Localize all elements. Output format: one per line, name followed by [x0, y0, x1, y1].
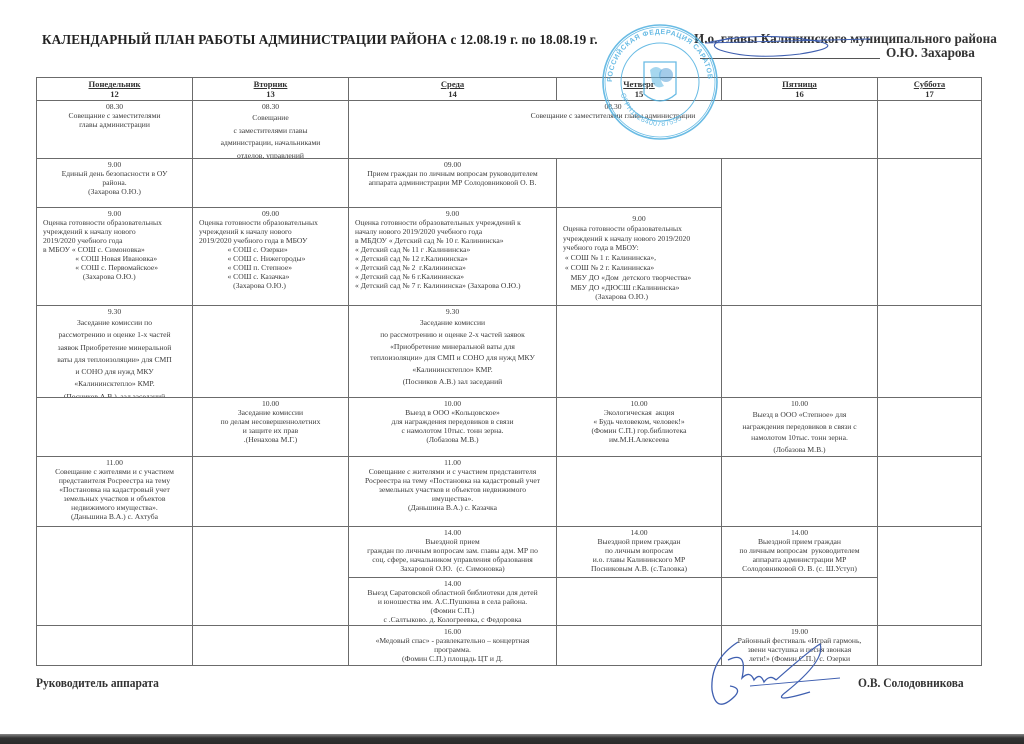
event-wed-0930: 9.30 Заседание комиссии по рассмотрению …: [348, 305, 557, 398]
empty-cell: [192, 526, 349, 626]
event-wed-0900-evaluation: 9.00 Оценка готовности образовательных у…: [348, 207, 557, 306]
event-time: 09.00: [351, 160, 554, 169]
day-name: Среда: [351, 79, 554, 89]
empty-cell: [192, 305, 349, 398]
empty-cell: [877, 305, 982, 398]
day-date: 14: [351, 89, 554, 99]
event-time: 11.00: [39, 458, 190, 467]
day-date: 16: [724, 89, 875, 99]
event-time: 10.00: [195, 399, 346, 408]
event-thu-0900-evaluation: 9.00 Оценка готовности образовательных у…: [556, 207, 722, 306]
event-time: 10.00: [351, 399, 554, 408]
event-time: 14.00: [351, 579, 554, 588]
event-text: Экологическая акция « Будь человеком, че…: [559, 408, 719, 444]
event-time: 08.30: [195, 102, 346, 112]
day-name: Понедельник: [39, 79, 190, 89]
day-header-wednesday: Среда 14: [348, 77, 557, 101]
event-text: Оценка готовности образовательных учрежд…: [351, 218, 554, 290]
event-mon-0900-evaluation: 9.00 Оценка готовности образовательных у…: [36, 207, 193, 306]
empty-cell: [36, 526, 193, 626]
empty-cell: [192, 625, 349, 666]
footer-position-title: Руководитель аппарата: [36, 676, 159, 691]
event-time: 9.00: [39, 209, 190, 218]
event-time: 9.00: [559, 214, 719, 224]
event-text: Оценка готовности образовательных учрежд…: [559, 224, 719, 302]
event-tue-0900-evaluation: 09.00 Оценка готовности образовательных …: [192, 207, 349, 306]
empty-cell: [556, 577, 722, 626]
event-text: Выездной прием граждан по личным вопроса…: [559, 537, 719, 573]
event-text: Выездной прием граждан по личным вопроса…: [724, 537, 875, 573]
empty-cell: [556, 305, 722, 398]
event-wed-0900: 09.00 Прием граждан по личным вопросам р…: [348, 158, 557, 208]
calendar-table: Понедельник 12 Вторник 13 Среда 14 Четве…: [0, 0, 1024, 744]
event-time: 14.00: [724, 528, 875, 537]
svg-text:ОГРН1026400787555: ОГРН1026400787555: [619, 93, 684, 128]
event-text: Совещание с жителями и с участием предст…: [39, 467, 190, 521]
empty-cell: [721, 456, 878, 527]
event-thu-1400: 14.00 Выездной прием граждан по личным в…: [556, 526, 722, 578]
empty-cell: [877, 397, 982, 457]
empty-cell: [877, 100, 982, 159]
event-time: 9.30: [39, 307, 190, 317]
empty-cell: [877, 625, 982, 666]
empty-cell: [721, 577, 878, 626]
handwritten-signature-icon: [690, 630, 840, 720]
event-text: Оценка готовности образовательных учрежд…: [39, 218, 190, 281]
event-tue-0830: 08.30 Совещание с заместителями главы ад…: [192, 100, 349, 159]
day-name: Пятница: [724, 79, 875, 89]
event-time: 10.00: [559, 399, 719, 408]
event-wed-1400: 14.00 Выездной прием граждан по личным в…: [348, 526, 557, 578]
empty-cell: [192, 456, 349, 527]
empty-cell: [556, 456, 722, 527]
event-time: 08.30: [39, 102, 190, 111]
day-date: 17: [880, 89, 979, 99]
event-mon-1100: 11.00 Совещание с жителями и с участием …: [36, 456, 193, 527]
event-mon-0900: 9.00 Единый день безопасности в ОУ район…: [36, 158, 193, 208]
empty-cell: [877, 158, 982, 306]
event-text: Единый день безопасности в ОУ района. (З…: [39, 169, 190, 196]
empty-cell: [721, 158, 878, 306]
event-wed-1100: 11.00 Совещание с жителями и с участием …: [348, 456, 557, 527]
event-text: Совещание с заместителями главы админист…: [39, 111, 190, 129]
event-time: 14.00: [559, 528, 719, 537]
event-text: Заседание комиссии по делам несовершенно…: [195, 408, 346, 444]
event-text: Оценка готовности образовательных учрежд…: [195, 218, 346, 290]
empty-cell: [36, 625, 193, 666]
empty-cell: [877, 456, 982, 527]
day-header-friday: Пятница 16: [721, 77, 878, 101]
event-fri-1000: 10.00 Выезд в ООО «Степное» для награжде…: [721, 397, 878, 457]
empty-cell: [36, 397, 193, 457]
event-time: 11.00: [351, 458, 554, 467]
event-time: 9.00: [351, 209, 554, 218]
footer-signatory-name: О.В. Солодовникова: [858, 676, 964, 691]
event-text: Заседание комиссии по рассмотрению и оце…: [39, 317, 190, 398]
day-name: Вторник: [195, 79, 346, 89]
event-wed-1000: 10.00 Выезд в ООО «Кольцовское» для нагр…: [348, 397, 557, 457]
approver-signature-icon: [650, 28, 910, 68]
event-wed-1400-library: 14.00 Выезд Саратовской областной библио…: [348, 577, 557, 626]
event-text: «Медовый спас» - развлекательно – концер…: [351, 636, 554, 663]
empty-cell: [721, 305, 878, 398]
event-text: Прием граждан по личным вопросам руковод…: [351, 169, 554, 187]
event-time: 14.00: [351, 528, 554, 537]
day-header-saturday: Суббота 17: [877, 77, 982, 101]
event-time: 16.00: [351, 627, 554, 636]
event-text: Выезд в ООО «Степное» для награждения пе…: [724, 409, 875, 455]
scan-edge: [0, 734, 1024, 744]
event-text: Выездной прием граждан по личным вопроса…: [351, 537, 554, 573]
event-mon-0930: 9.30 Заседание комиссии по рассмотрению …: [36, 305, 193, 398]
event-text: Совещание с заместителями главы админист…: [195, 112, 346, 159]
event-thu-1000: 10.00 Экологическая акция « Будь человек…: [556, 397, 722, 457]
event-wed-1600: 16.00 «Медовый спас» - развлекательно – …: [348, 625, 557, 666]
event-text: Заседание комиссии по рассмотрению и оце…: [351, 317, 554, 388]
day-date: 12: [39, 89, 190, 99]
event-tue-1000: 10.00 Заседание комиссии по делам несове…: [192, 397, 349, 457]
event-time: 09.00: [195, 209, 346, 218]
event-text: Выезд в ООО «Кольцовское» для награждени…: [351, 408, 554, 444]
empty-cell: [556, 158, 722, 208]
event-time: 10.00: [724, 399, 875, 409]
event-text: Совещание с жителями и с участием предст…: [351, 467, 554, 512]
event-mon-0830: 08.30 Совещание с заместителями главы ад…: [36, 100, 193, 159]
day-name: Суббота: [880, 79, 979, 89]
stamp-ogrn: ОГРН1026400787555: [619, 93, 684, 128]
empty-cell: [192, 158, 349, 208]
event-time: 9.30: [351, 307, 554, 317]
day-header-monday: Понедельник 12: [36, 77, 193, 101]
event-text: Выезд Саратовской областной библиотеки д…: [351, 588, 554, 624]
event-time: 9.00: [39, 160, 190, 169]
event-fri-1400: 14.00 Выездной прием граждан по личным в…: [721, 526, 878, 578]
day-date: 13: [195, 89, 346, 99]
empty-cell: [877, 526, 982, 626]
day-header-tuesday: Вторник 13: [192, 77, 349, 101]
